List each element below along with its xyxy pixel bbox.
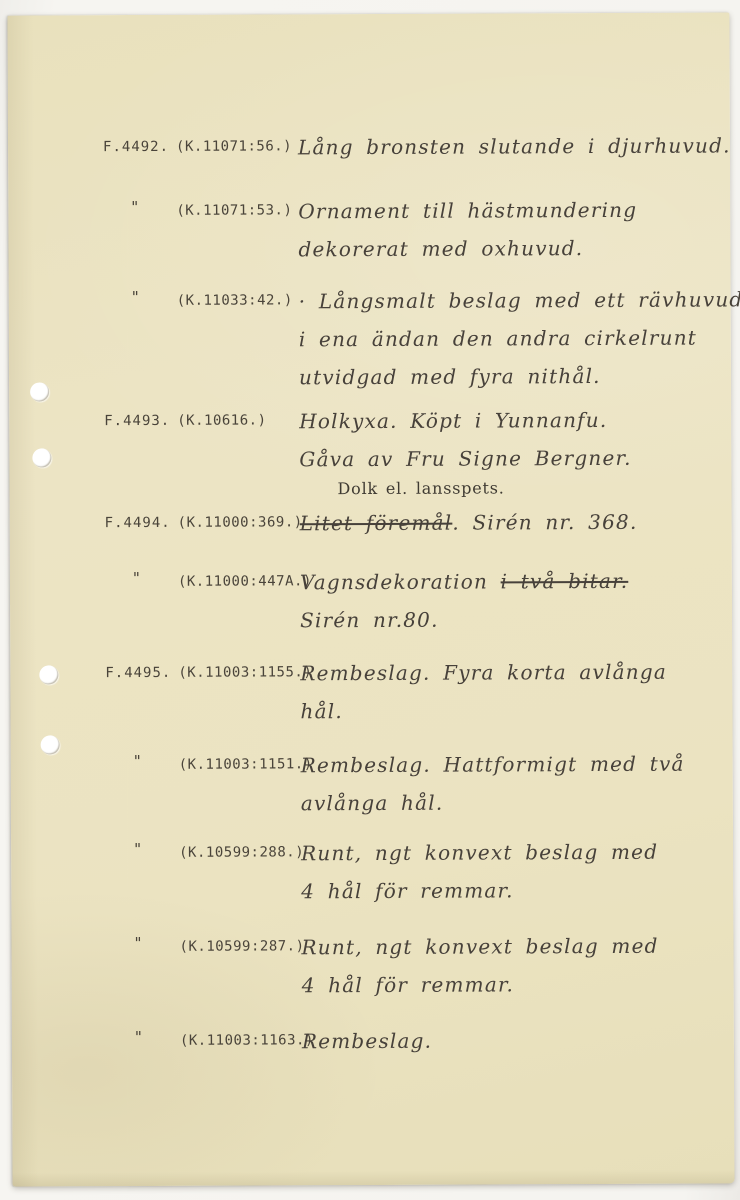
entry-description: Rembeslag. Hattformigt med tvåavlånga hå… bbox=[301, 744, 740, 822]
entry-k-number: (K.10599:287.) bbox=[179, 938, 304, 955]
entries-container: F.4492.(K.11071:56.)Lång bronsten slutan… bbox=[7, 12, 729, 15]
catalog-entry: "(K.10599:288.)Runt, ngt konvext beslag … bbox=[11, 832, 733, 875]
entry-k-number: (K.11000:447A.) bbox=[178, 573, 312, 590]
description-line: hål. bbox=[300, 690, 740, 730]
bottom-edge-shading bbox=[12, 1169, 734, 1186]
description-line: Gåva av Fru Signe Bergner. bbox=[299, 438, 740, 478]
text-segment: Runt, ngt konvext beslag med bbox=[301, 934, 658, 960]
entry-description: · Långsmalt beslag med ett rävhuvudi ena… bbox=[299, 280, 740, 396]
description-line: Runt, ngt konvext beslag med bbox=[301, 926, 740, 966]
description-line: dekorerat med oxhuvud. bbox=[298, 228, 740, 268]
punch-hole bbox=[32, 448, 51, 467]
entry-description: Ornament till hästmunderingdekorerat med… bbox=[298, 190, 740, 268]
description-line: Lång bronsten slutande i djurhuvud. bbox=[298, 126, 740, 166]
entry-description: Runt, ngt konvext beslag med4 hål för re… bbox=[301, 832, 740, 910]
entry-k-number: (K.11000:369.) bbox=[178, 514, 303, 531]
document-page: F.4492.(K.11071:56.)Lång bronsten slutan… bbox=[7, 12, 734, 1186]
description-line: Vagnsdekoration i två bitar. bbox=[300, 561, 740, 601]
entry-description: Lång bronsten slutande i djurhuvud. bbox=[298, 126, 740, 166]
entry-description: Rembeslag. Fyra korta avlångahål. bbox=[300, 652, 740, 730]
entry-description: Dolk el. lansspets.Litet föremål. Sirén … bbox=[300, 502, 740, 542]
description-line: Holkyxa. Köpt i Yunnanfu. bbox=[299, 400, 740, 440]
text-segment: hål. bbox=[300, 699, 342, 723]
text-segment: utvidgad med fyra nithål. bbox=[299, 364, 601, 389]
entry-ditto-mark: " bbox=[131, 288, 141, 306]
description-line: Litet föremål. Sirén nr. 368. bbox=[300, 502, 740, 542]
struck-text: i två bitar. bbox=[501, 569, 629, 594]
text-segment: Lång bronsten slutande i djurhuvud. bbox=[298, 133, 731, 159]
catalog-entry: F.4492.(K.11071:56.)Lång bronsten slutan… bbox=[8, 126, 730, 169]
scan-background: { "document": { "kind": "handwritten mus… bbox=[0, 0, 740, 1200]
entry-k-number: (K.11033:42.) bbox=[177, 292, 293, 309]
entry-ditto-mark: " bbox=[133, 840, 143, 858]
text-segment: 4 hål för remmar. bbox=[301, 878, 513, 903]
text-segment: Rembeslag. bbox=[302, 1029, 432, 1054]
entry-ditto-mark: " bbox=[133, 934, 143, 952]
entry-description: Runt, ngt konvext beslag med4 hål för re… bbox=[301, 926, 740, 1004]
entry-ditto-mark: " bbox=[134, 1028, 144, 1046]
catalog-entry: "(K.11033:42.)· Långsmalt beslag med ett… bbox=[9, 280, 731, 323]
description-line: i ena ändan den andra cirkelrunt bbox=[299, 318, 740, 358]
catalog-entry: "(K.10599:287.)Runt, ngt konvext beslag … bbox=[11, 926, 733, 969]
entry-k-number: (K.11003:1155.) bbox=[178, 664, 312, 681]
text-segment: dekorerat med oxhuvud. bbox=[298, 236, 583, 261]
entry-k-number: (K.11003:1151.) bbox=[179, 756, 313, 773]
text-segment: · Långsmalt beslag med ett rävhuvud bbox=[299, 287, 740, 313]
catalog-entry: F.4494.(K.11000:369.)Dolk el. lansspets.… bbox=[10, 502, 732, 545]
text-segment: Sirén nr.80. bbox=[300, 608, 439, 633]
entry-description: Vagnsdekoration i två bitar.Sirén nr.80. bbox=[300, 561, 740, 639]
entry-k-number: (K.10599:288.) bbox=[179, 844, 304, 861]
struck-text: Litet föremål bbox=[300, 511, 453, 536]
description-line: · Långsmalt beslag med ett rävhuvud bbox=[299, 280, 740, 320]
catalog-entry: "(K.11071:53.)Ornament till hästmunderin… bbox=[8, 190, 730, 233]
catalog-entry: F.4495.(K.11003:1155.)Rembeslag. Fyra ko… bbox=[10, 652, 732, 695]
text-segment: avlånga hål. bbox=[301, 791, 444, 816]
text-segment: Rembeslag. Hattformigt med två bbox=[301, 752, 685, 778]
entry-f-number: F.4494. bbox=[105, 515, 171, 531]
text-segment: Holkyxa. Köpt i Yunnanfu. bbox=[299, 408, 607, 433]
text-segment: Vagnsdekoration bbox=[300, 569, 501, 594]
entry-k-number: (K.10616.) bbox=[177, 412, 266, 428]
description-line: 4 hål för remmar. bbox=[301, 870, 740, 910]
entry-k-number: (K.11071:53.) bbox=[176, 202, 292, 219]
entry-description: Rembeslag. bbox=[302, 1020, 740, 1060]
description-line: Runt, ngt konvext beslag med bbox=[301, 832, 740, 872]
entry-ditto-mark: " bbox=[132, 569, 142, 587]
description-line: Ornament till hästmundering bbox=[298, 190, 740, 230]
entry-f-number: F.4493. bbox=[104, 413, 170, 429]
description-line: Rembeslag. bbox=[302, 1020, 740, 1060]
catalog-entry: "(K.11000:447A.)Vagnsdekoration i två bi… bbox=[10, 561, 732, 604]
description-line: Sirén nr.80. bbox=[300, 599, 740, 639]
catalog-entry: "(K.11003:1163.)Rembeslag. bbox=[12, 1020, 734, 1063]
description-line: Rembeslag. Fyra korta avlånga bbox=[300, 652, 740, 692]
entry-f-number: F.4495. bbox=[105, 665, 171, 681]
entry-description: Holkyxa. Köpt i Yunnanfu.Gåva av Fru Sig… bbox=[299, 400, 740, 478]
description-line: utvidgad med fyra nithål. bbox=[299, 356, 740, 396]
text-segment: 4 hål för remmar. bbox=[302, 972, 514, 997]
description-line: 4 hål för remmar. bbox=[302, 964, 740, 1004]
text-segment: Ornament till hästmundering bbox=[298, 198, 637, 223]
text-segment: Rembeslag. Fyra korta avlånga bbox=[300, 660, 667, 686]
description-line: Rembeslag. Hattformigt med två bbox=[301, 744, 740, 784]
text-segment: Gåva av Fru Signe Bergner. bbox=[299, 446, 631, 471]
text-segment: . Sirén nr. 368. bbox=[452, 510, 637, 535]
punch-hole bbox=[30, 382, 49, 401]
entry-f-number: F.4492. bbox=[103, 139, 169, 155]
catalog-entry: F.4493.(K.10616.)Holkyxa. Köpt i Yunnanf… bbox=[9, 400, 731, 443]
entry-k-number: (K.11071:56.) bbox=[176, 138, 292, 155]
entry-inserted-correction: Dolk el. lansspets. bbox=[337, 478, 504, 499]
description-line: avlånga hål. bbox=[301, 782, 740, 822]
text-segment: Runt, ngt konvext beslag med bbox=[301, 840, 658, 866]
entry-k-number: (K.11003:1163.) bbox=[180, 1032, 314, 1049]
entry-ditto-mark: " bbox=[130, 198, 140, 216]
text-segment: i ena ändan den andra cirkelrunt bbox=[299, 326, 697, 352]
entry-ditto-mark: " bbox=[133, 752, 143, 770]
catalog-entry: "(K.11003:1151.)Rembeslag. Hattformigt m… bbox=[11, 744, 733, 787]
